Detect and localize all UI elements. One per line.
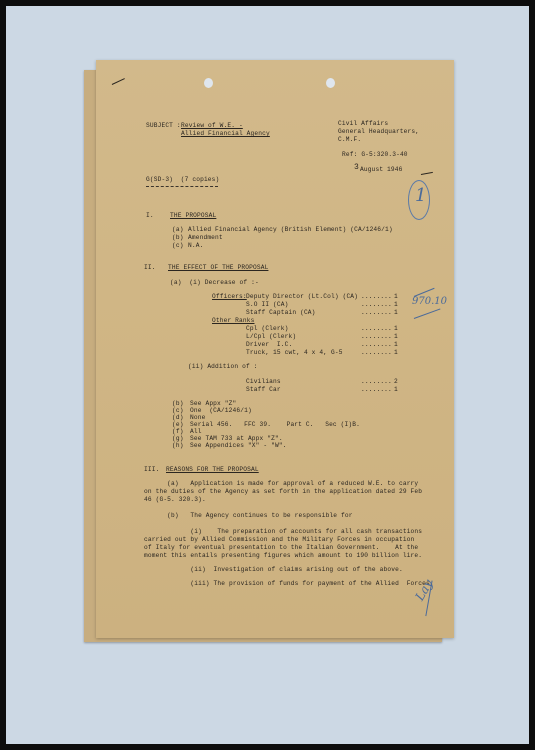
sender-line-3: C.M.F. [338,136,361,143]
paragraph-a-line: on the duties of the Agency as set forth… [144,488,422,495]
reference-number: Ref: G-5:320.3-40 [342,151,408,158]
section-1-item: Allied Financial Agency (British Element… [188,226,393,233]
margin-note: 970.10 [412,298,447,305]
paragraph-i-line: (i) The preparation of accounts for all … [144,528,422,535]
section-1-item-label: (c) [172,242,184,249]
paragraph-i-line: moment this entails presenting figures w… [144,552,422,559]
section-1-item-label: (a) [172,226,184,233]
officer-row: S.O II (CA) [246,301,289,308]
margin-stroke [414,308,441,319]
section-3-title: REASONS FOR THE PROPOSAL [166,466,259,473]
section-2-title: THE EFFECT OF THE PROPOSAL [168,264,268,271]
pen-mark [112,78,125,85]
distribution-underline [146,186,218,187]
paragraph-ii: (ii) Investigation of claims arising out… [144,566,403,573]
officer-row: Staff Captain (CA) [246,309,316,316]
sender-line-2: General Headquarters, [338,128,419,135]
section-1-item-label: (b) [172,234,184,241]
paragraph-a-line: (a) Application is made for approval of … [144,480,418,487]
subject-line-1: Review of W.E. - [181,122,243,129]
decrease-heading: (a) (i) Decrease of :- [170,279,259,286]
dots: ........ [361,378,392,385]
punch-hole [204,78,213,88]
quantity: 1 [394,341,398,348]
quantity: 1 [394,301,398,308]
pen-tick [421,172,433,175]
subject-line-2: Allied Financial Agency [181,130,270,137]
item-label: (h) [172,442,184,449]
other-ranks-label: Other Ranks [212,317,255,324]
distribution: G(SD-3) (7 copies) [146,176,219,183]
addition-row: Civilians [246,378,281,385]
quantity: 1 [394,333,398,340]
section-2-number: II. [144,264,156,271]
item-text: See Appendices "X" - "W". [190,442,287,449]
section-3-number: III. [144,466,159,473]
section-1-item: N.A. [188,242,203,249]
circled-number: 1 [415,186,426,206]
section-1-title: THE PROPOSAL [170,212,216,219]
dots: ........ [361,333,392,340]
officer-row: Deputy Director (Lt.Col) (CA) [246,293,358,300]
dots: ........ [361,341,392,348]
dots: ........ [361,386,392,393]
date-day-handwritten: 3 [354,164,359,171]
dots: ........ [361,349,392,356]
addition-row: Staff Car [246,386,281,393]
punch-hole [326,78,335,88]
dots: ........ [361,293,392,300]
section-1-number: I. [146,212,154,219]
other-rank-row: Cpl (Clerk) [246,325,289,332]
other-rank-row: L/Cpl (Clerk) [246,333,296,340]
dots: ........ [361,309,392,316]
item-text: Serial 456. FFC 39. Part C. Sec (I)B. [190,421,360,428]
paragraph-iii: (iii) The provision of funds for payment… [144,580,434,587]
quantity: 1 [394,349,398,356]
paragraph-b: (b) The Agency continues to be responsib… [144,512,353,519]
paragraph-i-line: carried out by Allied Commission and the… [144,536,414,543]
sender-line-1: Civil Affairs [338,120,388,127]
quantity: 1 [394,293,398,300]
officers-label: Officers: [212,293,247,300]
addition-heading: (ii) Addition of : [188,363,258,370]
other-rank-row: Truck, 15 cwt, 4 x 4, G-5 [246,349,343,356]
paragraph-a-line: 46 (G-5. 320.3). [144,496,206,503]
subject-label: SUBJECT : [146,122,181,129]
quantity: 1 [394,386,398,393]
paragraph-i-line: of Italy for eventual presentation to th… [144,544,418,551]
other-rank-row: Driver I.C. [246,341,292,348]
document-page: SUBJECT : Review of W.E. - Allied Financ… [96,60,454,638]
section-1-item: Amendment [188,234,223,241]
dots: ........ [361,301,392,308]
date: August 1946 [360,166,403,173]
quantity: 2 [394,378,398,385]
quantity: 1 [394,325,398,332]
quantity: 1 [394,309,398,316]
dots: ........ [361,325,392,332]
